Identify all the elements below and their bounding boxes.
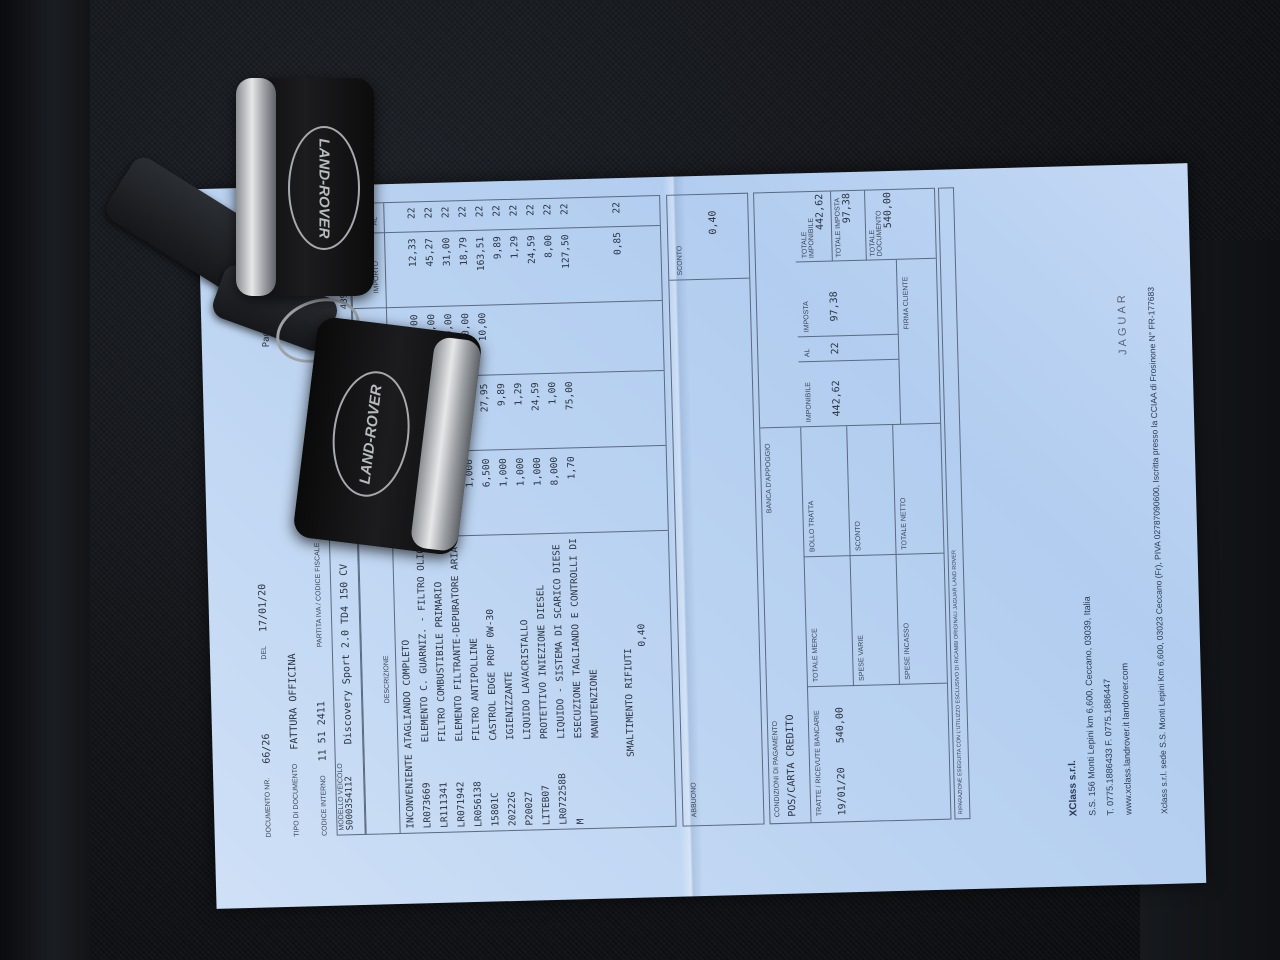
item-amount (577, 234, 579, 298)
totale-imposta: 97,38 (841, 193, 854, 257)
bollo-tratta-label: BOLLO TRATTA (808, 501, 816, 553)
item-iva: 22 (491, 205, 503, 225)
tratte-date: 19/01/20 (836, 767, 848, 815)
abbuono-label: ABBUONO (690, 782, 698, 817)
item-quantity: 1,000 (532, 457, 545, 529)
item-price: 75,00 (564, 381, 577, 443)
item-discount (562, 311, 564, 369)
document-date: 17/01/20 (257, 584, 269, 632)
land-rover-key-fob-2: LAND-ROVER (292, 316, 483, 556)
item-quantity: 1,000 (498, 458, 511, 530)
item-discount (545, 311, 547, 369)
item-description: FILTRO COMBUSTIBILE PRIMARIO (433, 582, 448, 742)
item-amount: 24,59 (526, 235, 539, 299)
totale-imponibile: 442,62 (814, 194, 827, 258)
item-discount (579, 310, 581, 368)
item-description: CASTROL EDGE PROF 0W-30 (485, 609, 499, 741)
abbuono-row: ABBUONO SCONTO 0,40 (666, 193, 765, 827)
land-rover-logo-icon: LAND-ROVER (326, 367, 417, 501)
item-code: LITEB07 (540, 785, 552, 825)
item-amount: 9,89 (492, 236, 505, 300)
tratte-row: 19/01/20 540,00 (835, 707, 849, 816)
totale-merce-label: TOTALE MERCE (811, 628, 819, 682)
documento-nr: 66/26 (261, 733, 273, 763)
spese-incasso-label: SPESE INCASSO (903, 623, 911, 680)
item-price: 9,89 (496, 383, 509, 445)
item-amount: 31,00 (441, 237, 454, 301)
smaltimento-value: 0,40 (636, 624, 648, 647)
item-iva: 22 (440, 206, 452, 226)
modello-code: S000354112 (344, 763, 356, 831)
tipo-documento: FATTURA OFFICINA (286, 653, 300, 750)
item-description: IGIENIZZANTE (503, 671, 516, 740)
item-code: LR111341 (438, 782, 450, 828)
item-description: TAGLIANDO COMPLETO (401, 640, 415, 743)
item-code: M (575, 818, 586, 824)
documento-nr-label: DOCUMENTO NR. (264, 778, 273, 838)
totale-netto-label: TOTALE NETTO (900, 497, 908, 549)
item-description: LIQUIDO - SISTEMA DI SCARICO DIESE (551, 544, 567, 739)
al-value: 22 (830, 342, 841, 354)
item-quantity: 1,70 (566, 456, 579, 528)
totali-sconto-label: SCONTO (855, 521, 863, 551)
smaltimento-label: SMALTIMENTO RIFIUTI (623, 648, 637, 757)
item-price: 1,29 (513, 383, 526, 445)
sconto-value: 0,40 (707, 210, 719, 234)
codice-interno: 11 51 2411 (316, 701, 329, 761)
smaltimento-iva: 22 (611, 202, 623, 222)
imponibile-label: IMPONIBILE (805, 382, 813, 422)
imponibile-value: 442,62 (831, 380, 843, 416)
item-code: P20027 (524, 791, 536, 826)
banca-label: BANCA D'APPOGGIO (765, 443, 774, 513)
item-code: 15801C (490, 792, 502, 827)
item-description: LIQUIDO LAVACRISTALLO (519, 619, 533, 739)
firma-label: FIRMA CLIENTE (902, 277, 910, 330)
al-label: AL (804, 349, 811, 358)
item-description: ELEMENTO FILTRANTE-DEPURATORE ARIA (449, 547, 465, 742)
col-descrizione: DESCRIZIONE (383, 655, 391, 703)
item-amount: 45,27 (424, 238, 437, 302)
tipo-documento-label: TIPO DI DOCUMENTO (291, 764, 300, 837)
item-iva: 22 (542, 204, 554, 224)
item-discount (494, 312, 496, 370)
item-amount: 8,00 (543, 235, 556, 299)
imposta-label: IMPOSTA (803, 301, 811, 332)
item-quantity: 6,500 (481, 458, 494, 530)
land-rover-logo-icon: LAND-ROVER (288, 126, 360, 250)
item-amount (390, 239, 392, 303)
item-description: ELEMENTO C. GUARNIZ. - FILTRO OLIO (415, 548, 431, 743)
company-legal: Xclass s.r.l. sede S.S. Monti Lepini Km … (1146, 287, 1170, 814)
item-quantity: 1,000 (515, 458, 528, 530)
item-amount: 1,29 (509, 236, 522, 300)
tratte-label: TRATTE / RICEVUTE BANCARIE (814, 708, 824, 817)
sconto-label: SCONTO (676, 246, 684, 276)
item-code: INCONVENIENTE A (403, 743, 416, 829)
del-label: DEL (260, 646, 267, 660)
fob-chrome-trim (236, 78, 276, 296)
totale-documento: 540,00 (882, 192, 895, 256)
item-iva: 22 (474, 206, 486, 226)
item-description: FILTRO ANTIPOLLINE (469, 638, 483, 741)
payment-totals: CONDIZIONI DI PAGAMENTO POS/CARTA CREDIT… (753, 188, 951, 825)
item-amount: 127,50 (560, 234, 573, 298)
vehicle-model: Discovery Sport 2.0 TD4 150 CV (339, 564, 355, 745)
codice-interno-label: CODICE INTERNO (320, 775, 329, 836)
item-code: LR072258B (557, 773, 569, 825)
item-price: 1,00 (547, 382, 560, 444)
item-iva: 22 (559, 203, 571, 223)
condizioni-value: POS/CARTA CREDITO (785, 714, 799, 817)
item-description: MANUTENZIONE (588, 669, 601, 738)
item-iva: 22 (525, 204, 537, 224)
land-rover-key-fob-1: LAND-ROVER (236, 78, 374, 296)
item-price: 27,95 (479, 383, 492, 445)
item-price (581, 381, 583, 443)
spese-varie-label: SPESE VARIE (858, 635, 866, 681)
item-code: 20222G (507, 792, 519, 827)
item-quantity: 8,000 (549, 457, 562, 529)
item-discount (511, 312, 513, 370)
item-iva: 22 (406, 207, 418, 227)
item-discount (528, 311, 530, 369)
item-amount: 12,33 (407, 238, 420, 302)
smaltimento-amount: 0,85 (612, 232, 624, 282)
tratte-amount: 540,00 (835, 707, 847, 743)
item-iva: 22 (423, 207, 435, 227)
riparazione-note: RIPARAZIONE ESEGUITA CON L'UTILIZZO ESCL… (951, 550, 964, 814)
invoice-header: DOCUMENTO NR. 66/26 DEL 17/01/20 TIPO DI… (247, 542, 339, 838)
item-amount: 18,79 (458, 237, 471, 301)
item-description: PROTETTIVO INIEZIONE DIESEL (535, 585, 550, 740)
condizioni-label: CONDIZIONI DI PAGAMENTO (772, 715, 782, 818)
item-iva: 22 (508, 205, 520, 225)
item-code: LR071942 (455, 781, 467, 827)
item-amount: 163,51 (475, 237, 488, 301)
item-code: LR073669 (421, 782, 433, 828)
company-name: XClass s.r.l. (1067, 760, 1079, 816)
company-info: XClass s.r.l. S.S. 156 Monti Lepini km 6… (1059, 595, 1138, 816)
item-iva: 22 (457, 206, 469, 226)
item-iva (389, 208, 390, 228)
smaltimento-row: SMALTIMENTO RIFIUTI 0,40 0,85 22 (611, 197, 642, 827)
jaguar-logo: JAGUAR (1116, 292, 1130, 355)
item-quantity (583, 456, 585, 528)
partita-iva-label: PARTITA IVA / CODICE FISCALE (314, 543, 324, 648)
item-code: LR056138 (472, 781, 484, 827)
imposta-value: 97,38 (829, 291, 841, 321)
item-iva (576, 203, 577, 223)
item-price: 24,59 (530, 382, 543, 444)
seat-seam-left (0, 0, 90, 960)
